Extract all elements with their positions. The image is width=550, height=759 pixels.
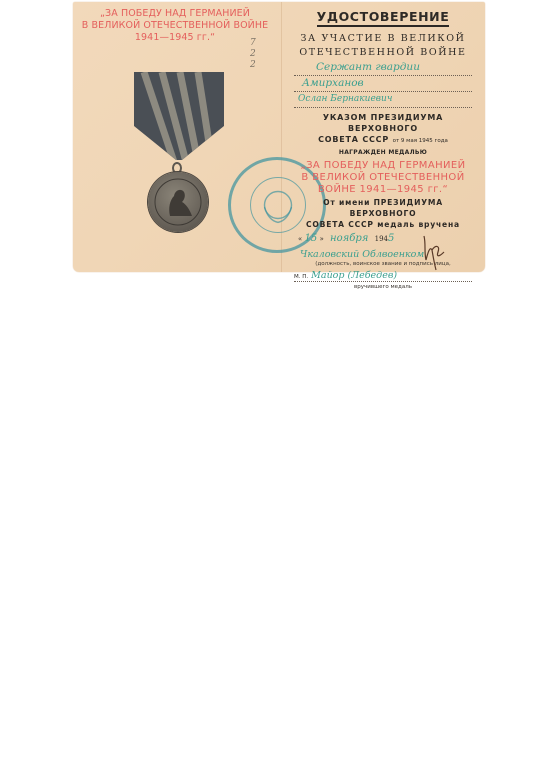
name-field: Ослан Бернакиевич — [294, 92, 472, 108]
medal-name-line-1: „ЗА ПОБЕДУ НАД ГЕРМАНИЕЙ — [290, 160, 476, 172]
awarded-label: НАГРАЖДЕН МЕДАЛЬЮ — [290, 147, 476, 158]
quote-open: « — [298, 235, 302, 243]
medal-name: „ЗА ПОБЕДУ НАД ГЕРМАНИЕЙ В ВЕЛИКОЙ ОТЕЧЕ… — [290, 160, 476, 196]
medal-name-line-3: ВОЙНЕ 1941—1945 гг.“ — [290, 184, 476, 196]
medal-ribbon-icon — [134, 72, 224, 162]
heading-line-2: В ВЕЛИКОЙ ОТЕЧЕСТВЕННОЙ ВОЙНЕ — [80, 20, 270, 32]
left-page-heading: „ЗА ПОБЕДУ НАД ГЕРМАНИЕЙ В ВЕЛИКОЙ ОТЕЧЕ… — [80, 8, 270, 44]
decree-line-2-main: СОВЕТА СССР — [318, 135, 389, 144]
pencil-marks: 7 2 2 — [250, 38, 256, 71]
mp-label: М. П. — [294, 274, 308, 280]
decree-line-2: СОВЕТА СССР от 9 мая 1945 года — [290, 134, 476, 147]
position-caption: (должность, воинское звание и подпись ли… — [290, 260, 476, 268]
heading-line-1: „ЗА ПОБЕДУ НАД ГЕРМАНИЕЙ — [80, 8, 270, 20]
subtitle-line-1: ЗА УЧАСТИЕ В ВЕЛИКОЙ — [290, 32, 476, 46]
decree-text: УКАЗОМ ПРЕЗИДИУМА ВЕРХОВНОГО СОВЕТА СССР… — [290, 112, 476, 158]
presenter-name: Майор (Лебедев) — [311, 270, 397, 281]
presented-line-2: СОВЕТА СССР медаль вручена — [290, 219, 476, 230]
right-page: УДОСТОВЕРЕНИЕ ЗА УЧАСТИЕ В ВЕЛИКОЙ ОТЕЧЕ… — [290, 6, 476, 291]
presentation-date: « 15 » ноября 1945 — [290, 233, 476, 247]
document-subtitle: ЗА УЧАСТИЕ В ВЕЛИКОЙ ОТЕЧЕСТВЕННОЙ ВОЙНЕ — [290, 32, 476, 60]
medal-icon — [148, 172, 208, 232]
decree-date: от 9 мая 1945 года — [393, 138, 448, 144]
medal-name-line-2: В ВЕЛИКОЙ ОТЕЧЕСТВЕННОЙ — [290, 172, 476, 184]
signature-icon — [418, 232, 448, 272]
date-month: ноября — [330, 233, 368, 244]
presented-line-1: От имени ПРЕЗИДИУМА ВЕРХОВНОГО — [290, 197, 476, 219]
subtitle-line-2: ОТЕЧЕСТВЕННОЙ ВОЙНЕ — [290, 46, 476, 60]
quote-close: » — [320, 235, 324, 243]
presented-text: От имени ПРЕЗИДИУМА ВЕРХОВНОГО СОВЕТА СС… — [290, 197, 476, 230]
decree-line-1: УКАЗОМ ПРЕЗИДИУМА ВЕРХОВНОГО — [290, 112, 476, 134]
rank-field: Сержант гвардии — [294, 60, 472, 76]
document-title: УДОСТОВЕРЕНИЕ — [317, 9, 450, 27]
presenter-caption: вручившего медаль — [290, 283, 476, 291]
date-day: 15 — [305, 233, 318, 244]
surname-field: Амирханов — [294, 76, 472, 92]
heading-line-3: 1941—1945 гг.“ — [80, 32, 270, 44]
date-year-prefix: 194 — [375, 235, 388, 243]
date-year-suffix: 5 — [388, 233, 394, 244]
